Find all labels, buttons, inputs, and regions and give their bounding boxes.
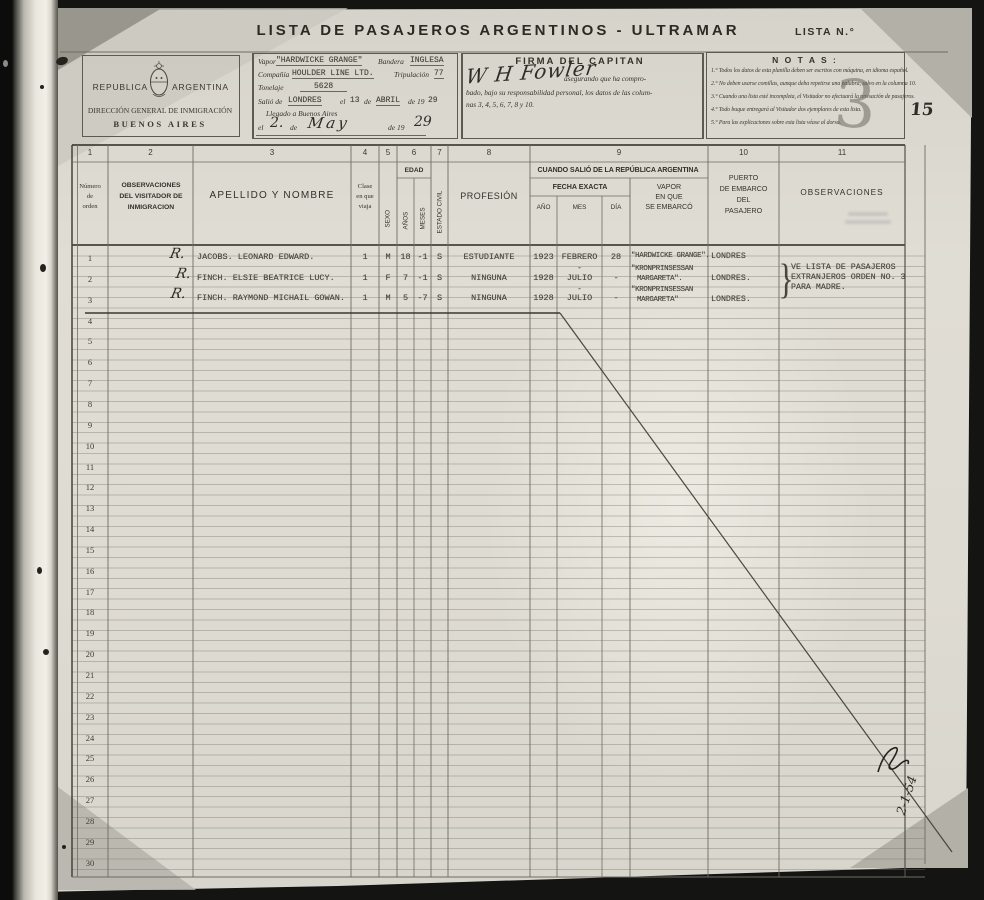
row-number: 9: [74, 420, 106, 430]
cell-day: -: [602, 293, 630, 303]
salio-de-label: de: [364, 97, 371, 106]
header-observaciones-visitador-l3: INMIGRACION: [109, 204, 193, 211]
row-number: 22: [74, 691, 106, 701]
row-number: 5: [74, 336, 106, 346]
faint-stamp: [848, 212, 888, 216]
header-vapor-embarco: VAPOR: [630, 183, 708, 191]
cell-years: 18: [397, 252, 414, 262]
ink-scribble: [878, 748, 908, 772]
header-numero: Número: [74, 183, 106, 190]
col-number-5: 5: [379, 148, 397, 157]
header-numero-l2: de: [74, 193, 106, 200]
speck: [40, 264, 46, 272]
vapor-value: "HARDWICKE GRANGE": [276, 56, 362, 66]
speck: [40, 85, 44, 89]
salio-value: LONDRES: [288, 96, 322, 106]
lista-n-label: LISTA N.°: [795, 26, 855, 38]
llegado-underline: [256, 135, 426, 136]
cell-vapor-l2: MARGARETA": [637, 296, 678, 304]
header-anio: AÑO: [530, 204, 557, 211]
cell-port: LONDRES.: [711, 274, 751, 283]
speck: [37, 567, 42, 574]
col-number-6: 6: [397, 148, 431, 157]
captain-text-line2: nas 3, 4, 5, 6, 7, 8 y 10.: [466, 100, 534, 109]
tonelaje-label: Tonelaje: [258, 83, 284, 92]
org-name-left: REPUBLICA: [86, 82, 148, 92]
row-number: 3: [74, 295, 106, 305]
cell-name: JACOBS. LEONARD EDWARD.: [197, 252, 314, 262]
row-number: 25: [74, 753, 106, 763]
header-fecha-exacta: FECHA EXACTA: [530, 183, 630, 191]
cell-years: 7: [397, 273, 414, 283]
row-number: 6: [74, 357, 106, 367]
header-vapor-embarco-l2: EN QUE: [630, 193, 708, 201]
col-number-10: 10: [708, 148, 779, 157]
col-number-1: 1: [74, 148, 106, 157]
row-number: 24: [74, 733, 106, 743]
org-name-right: ARGENTINA: [172, 82, 236, 92]
row-number: 2: [74, 274, 106, 284]
row-number: 14: [74, 524, 106, 534]
row-number: 13: [74, 503, 106, 513]
tripulacion-label: Tripulación: [394, 70, 429, 79]
header-mes: MES: [557, 204, 602, 211]
cell-civil: S: [431, 252, 448, 262]
cell-class: 1: [351, 273, 379, 283]
cell-vapor: "HARDWICKE GRANGE".: [631, 252, 710, 260]
speck: [43, 649, 49, 655]
cell-years: 5: [397, 293, 414, 303]
nota-item: 3.° Cuando una lista esté incompleta, el…: [711, 94, 915, 100]
header-puerto-l2: DE EMBARCO: [708, 185, 779, 193]
nota-item: 2.° No deben usarse comillas, aunque deb…: [711, 81, 916, 87]
cell-month: JULIO: [557, 273, 602, 283]
col-number-11: 11: [779, 148, 905, 157]
row-number: 27: [74, 795, 106, 805]
notes-box-title: N O T A S :: [740, 55, 870, 65]
cell-year: 1923: [530, 252, 557, 262]
compania-label: Compañía: [258, 70, 289, 79]
row-number: 7: [74, 378, 106, 388]
header-clase: Clase: [349, 183, 381, 190]
cell-port: LONDRES.: [711, 295, 751, 304]
argentina-coat-of-arms-icon: [148, 60, 170, 100]
cell-name: FINCH. RAYMOND MICHAIL GOWAN.: [197, 293, 345, 303]
header-puerto-l4: PASAJERO: [708, 207, 779, 215]
cell-class: 1: [351, 252, 379, 262]
faint-stamp: [845, 220, 891, 224]
captain-text-line1: bado, bajo su responsabilidad personal, …: [466, 88, 652, 97]
row-number: 17: [74, 587, 106, 597]
header-numero-l3: orden: [74, 203, 106, 210]
row-number: 1: [74, 253, 106, 263]
cell-name: FINCH. ELSIE BEATRICE LUCY.: [197, 273, 335, 283]
compania-value: HOULDER LINE LTD.: [292, 69, 374, 79]
cell-profession: ESTUDIANTE: [448, 252, 530, 262]
speck-light: [3, 60, 8, 67]
row-number: 15: [74, 545, 106, 555]
book-spine-edge: [0, 0, 58, 900]
row-number: 12: [74, 482, 106, 492]
nota-item: 5.° Para las explicaciones sobre esta li…: [711, 120, 841, 126]
tonelaje-value: 5628: [300, 82, 347, 92]
captain-text-line0: asegurando que ha compro-: [564, 74, 646, 83]
llegado-de-label: de: [290, 123, 297, 132]
salio-label: Salió de: [258, 97, 282, 106]
diagonal-cancel-line: [560, 313, 952, 852]
nota-item: 1.° Todos los datos de esta planilla deb…: [711, 68, 908, 74]
cell-vapor-l2: MARGARETA".: [637, 275, 683, 283]
cell-day: -: [602, 273, 630, 283]
row-number: 26: [74, 774, 106, 784]
obs-note-line: VE LISTA DE PASAJEROS: [791, 263, 896, 272]
cell-class: 1: [351, 293, 379, 303]
cell-month: JULIO: [557, 293, 602, 303]
header-anios-vertical: AÑOS: [402, 202, 409, 230]
row-number: 28: [74, 816, 106, 826]
header-observaciones: OBSERVACIONES: [779, 188, 905, 197]
header-clase-l3: viaja: [349, 203, 381, 210]
cell-month: FEBRERO: [557, 252, 602, 262]
row-number: 23: [74, 712, 106, 722]
scanned-passenger-list-page: LISTA DE PASAJEROS ARGENTINOS - ULTRAMAR…: [0, 0, 984, 900]
cell-sex: F: [379, 273, 397, 283]
col-number-2: 2: [108, 148, 193, 157]
cell-vapor: "KRONPRINSESSAN: [631, 265, 693, 273]
salio-mes-value: ABRIL: [376, 96, 400, 106]
cell-civil: S: [431, 273, 448, 283]
header-meses-vertical: MESES: [419, 202, 426, 230]
header-sexo-vertical: SEXO: [385, 200, 392, 228]
header-clase-l2: en que: [349, 193, 381, 200]
header-puerto-l3: DEL: [708, 196, 779, 204]
row-number: 20: [74, 649, 106, 659]
bandera-value: INGLESA: [410, 56, 444, 66]
salio-de19-label: de 19: [408, 97, 424, 106]
cell-months: -1: [414, 273, 431, 283]
speck: [62, 845, 66, 849]
header-profesion: PROFESIÓN: [448, 191, 530, 201]
cell-months: -1: [414, 252, 431, 262]
header-apellido-nombre: APELLIDO Y NOMBRE: [193, 190, 351, 201]
cell-port: LONDRES: [711, 252, 746, 261]
row-number: 21: [74, 670, 106, 680]
header-vapor-embarco-l3: SE EMBARCÓ: [630, 203, 708, 211]
header-estado-civil-vertical: ESTADO CIVIL: [436, 184, 443, 234]
cell-civil: S: [431, 293, 448, 303]
header-observaciones-visitador: OBSERVACIONES: [109, 182, 193, 189]
obs-note-line: EXTRANJEROS ORDEN NO. 3: [791, 273, 906, 282]
row-number: 10: [74, 441, 106, 451]
salio-el-label: el: [340, 97, 345, 106]
bandera-label: Bandera: [378, 57, 404, 66]
ship-fields: Vapor "HARDWICKE GRANGE" Bandera INGLESA…: [252, 53, 455, 137]
header-puerto: PUERTO: [708, 174, 779, 182]
org-city: BUENOS AIRES: [84, 119, 236, 129]
cell-year: 1928: [530, 293, 557, 303]
vapor-label: Vapor: [258, 57, 276, 66]
header-dia: DÍA: [602, 204, 630, 211]
col-number-4: 4: [351, 148, 379, 157]
page-number-hand: 15: [909, 100, 935, 120]
obs-note-line: PARA MADRE.: [791, 283, 846, 292]
lista-number-pencil: 3: [832, 65, 878, 144]
page-title: LISTA DE PASAJEROS ARGENTINOS - ULTRAMAR: [238, 22, 758, 39]
org-dept: DIRECCIÓN GENERAL DE INMIGRACIÓN: [84, 106, 236, 115]
salio-anio-value: 29: [428, 96, 438, 105]
row-number: 18: [74, 607, 106, 617]
header-edad-group: EDAD: [397, 167, 431, 174]
cell-months: -7: [414, 293, 431, 303]
header-cuando-salio: CUANDO SALIÓ DE LA REPÚBLICA ARGENTINA: [528, 166, 708, 174]
col-number-9: 9: [530, 148, 708, 157]
col-number-7: 7: [431, 148, 448, 157]
llegado-mes-hand: May: [306, 114, 351, 132]
cell-year: 1928: [530, 273, 557, 283]
cell-sex: M: [379, 293, 397, 303]
cell-sex: M: [379, 252, 397, 262]
cell-vapor: "KRONPRINSESSAN: [631, 286, 693, 294]
cell-profession: NINGUNA: [448, 293, 530, 303]
llegado-dia-hand: 2.: [270, 115, 283, 131]
col-number-3: 3: [193, 148, 351, 157]
row-number: 11: [74, 462, 106, 472]
row-number: 16: [74, 566, 106, 576]
row-number: 19: [74, 628, 106, 638]
salio-dia-value: 13: [350, 96, 360, 105]
row-number: 4: [74, 316, 106, 326]
llegado-el-label: el: [258, 123, 263, 132]
llegado-anio-hand: 29: [414, 114, 432, 130]
col-number-8: 8: [448, 148, 530, 157]
cell-profession: NINGUNA: [448, 273, 530, 283]
llegado-de19-label: de 19: [388, 123, 404, 132]
row-number: 8: [74, 399, 106, 409]
cell-month-ditto: -: [557, 264, 602, 273]
row-number: 30: [74, 858, 106, 868]
cell-day: 28: [602, 252, 630, 262]
row-number: 29: [74, 837, 106, 847]
header-observaciones-visitador-l2: DEL VISITADOR DE: [109, 193, 193, 200]
tripulacion-value: 77: [434, 69, 444, 79]
